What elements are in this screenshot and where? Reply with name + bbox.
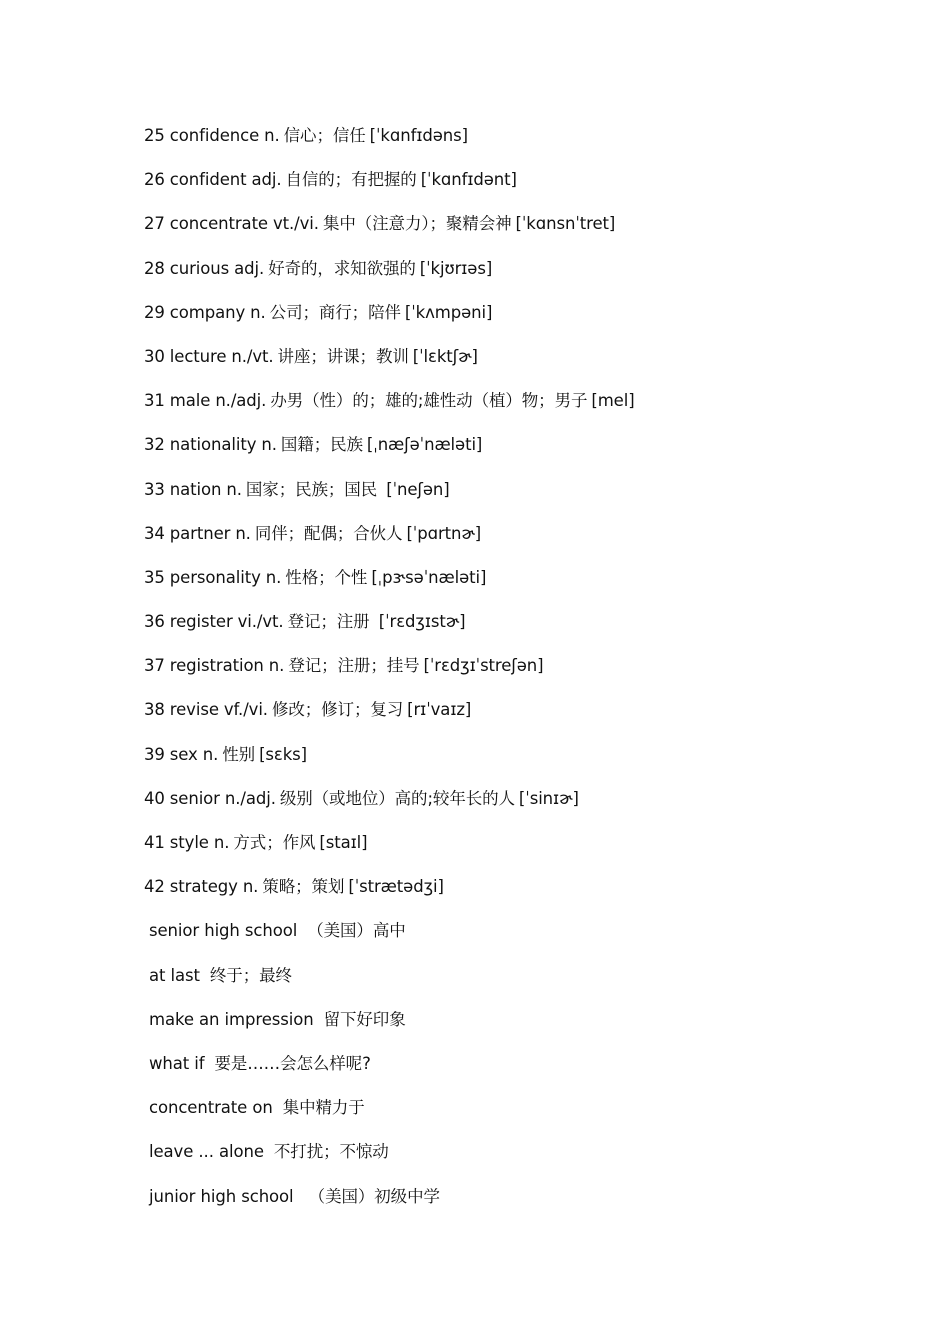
entry-number: 34 <box>144 524 165 543</box>
vocab-entry: 34partnern.同伴；配偶；合伙人[ˈpɑrtnɚ] <box>144 522 635 566</box>
entry-word: personality <box>170 568 261 587</box>
phrase-english: concentrate on <box>149 1098 273 1117</box>
part-of-speech: n. <box>264 126 280 145</box>
chinese-meaning: 好奇的，求知欲强的 <box>268 259 416 278</box>
entry-word: concentrate <box>170 214 268 233</box>
entry-word: revise <box>170 700 219 719</box>
chinese-meaning: 登记；注册；挂号 <box>288 656 419 675</box>
vocab-entry: 37registrationn.登记；注册；挂号[ˈrɛdʒɪˈstreʃən] <box>144 654 635 698</box>
entry-number: 27 <box>144 214 165 233</box>
part-of-speech: vt./vi. <box>273 214 319 233</box>
entry-word: partner <box>170 524 231 543</box>
entry-number: 40 <box>144 789 165 808</box>
entry-word: senior <box>170 789 220 808</box>
entry-number: 36 <box>144 612 165 631</box>
part-of-speech: n. <box>235 524 251 543</box>
entry-number: 30 <box>144 347 165 366</box>
chinese-meaning: 登记；注册 <box>288 612 375 631</box>
part-of-speech: n. <box>214 833 230 852</box>
phonetic: [ˈsinɪɚ] <box>519 789 579 808</box>
part-of-speech: n. <box>243 877 259 896</box>
chinese-meaning: 性别 <box>222 745 255 764</box>
chinese-meaning: 策略；策划 <box>262 877 344 896</box>
entry-number: 37 <box>144 656 165 675</box>
entry-number: 33 <box>144 480 165 499</box>
phonetic: [ˈkɑnsnˈtret] <box>516 214 616 233</box>
phonetic: [ˈrɛdʒɪstɚ] <box>379 612 466 631</box>
vocab-entry: 40seniorn./adj.级别（或地位）高的;较年长的人[ˈsinɪɚ] <box>144 787 635 831</box>
phrase-entry: what if要是……会怎么样呢? <box>144 1052 635 1096</box>
part-of-speech: adj. <box>251 170 281 189</box>
phonetic: [sɛks] <box>259 745 307 764</box>
phrase-entry: make an impression留下好印象 <box>144 1008 635 1052</box>
vocabulary-list: 25confidencen.信心；信任[ˈkɑnfɪdəns] 26confid… <box>144 124 635 1229</box>
entry-number: 39 <box>144 745 165 764</box>
phonetic: [ˈneʃən] <box>386 480 449 499</box>
phrase-english: leave ... alone <box>149 1142 264 1161</box>
phrase-english: senior high school <box>149 921 297 940</box>
phonetic: [ˈkɑnfɪdənt] <box>421 170 517 189</box>
entry-word: nationality <box>170 435 257 454</box>
entry-word: register <box>170 612 233 631</box>
entry-number: 29 <box>144 303 165 322</box>
entry-word: confident <box>170 170 247 189</box>
vocab-entry: 29companyn.公司；商行；陪伴[ˈkʌmpəni] <box>144 301 635 345</box>
vocab-entry: 39sexn.性别[sɛks] <box>144 743 635 787</box>
phrase-chinese: 留下好印象 <box>324 1010 406 1029</box>
vocab-entry: 42strategyn.策略；策划[ˈstrætədʒi] <box>144 875 635 919</box>
phonetic: [ˈlɛktʃɚ] <box>413 347 478 366</box>
phonetic: [staɪl] <box>319 833 367 852</box>
entry-word: nation <box>170 480 222 499</box>
phonetic: [ˌpɝsəˈnæləti] <box>371 568 486 587</box>
phonetic: [rɪˈvaɪz] <box>407 700 471 719</box>
phrase-chinese: （美国）高中 <box>307 921 405 940</box>
entry-number: 28 <box>144 259 165 278</box>
phonetic: [ˈstrætədʒi] <box>348 877 443 896</box>
phonetic: [ˈkʌmpəni] <box>405 303 492 322</box>
chinese-meaning: 自信的；有把握的 <box>285 170 416 189</box>
entry-word: registration <box>170 656 264 675</box>
entry-word: curious <box>170 259 229 278</box>
entry-number: 31 <box>144 391 165 410</box>
phrase-english: what if <box>149 1054 204 1073</box>
chinese-meaning: 国家；民族；国民 <box>246 480 382 499</box>
vocab-entry: 38revisevf./vi.修改；修订；复习[rɪˈvaɪz] <box>144 698 635 742</box>
phrase-english: at last <box>149 966 200 985</box>
chinese-meaning: 同伴；配偶；合伙人 <box>255 524 403 543</box>
vocab-entry: 35personalityn.性格；个性[ˌpɝsəˈnæləti] <box>144 566 635 610</box>
document-page: 25confidencen.信心；信任[ˈkɑnfɪdəns] 26confid… <box>0 0 950 1344</box>
phrase-entry: junior high school （美国）初级中学 <box>144 1185 635 1229</box>
part-of-speech: n. <box>269 656 285 675</box>
entry-word: strategy <box>170 877 238 896</box>
phrase-entry: senior high school（美国）高中 <box>144 919 635 963</box>
vocab-entry: 25confidencen.信心；信任[ˈkɑnfɪdəns] <box>144 124 635 168</box>
chinese-meaning: 公司；商行；陪伴 <box>270 303 401 322</box>
entry-word: lecture <box>170 347 227 366</box>
phrase-english: junior high school <box>149 1187 299 1206</box>
entry-number: 41 <box>144 833 165 852</box>
phrase-chinese: （美国）初级中学 <box>309 1187 440 1206</box>
phonetic: [ˈrɛdʒɪˈstreʃən] <box>424 656 544 675</box>
part-of-speech: vf./vi. <box>224 700 268 719</box>
vocab-entry: 27concentratevt./vi.集中（注意力）；聚精会神[ˈkɑnsnˈ… <box>144 212 635 256</box>
entry-word: company <box>170 303 245 322</box>
phonetic: [ˈkɑnfɪdəns] <box>370 126 468 145</box>
entry-number: 32 <box>144 435 165 454</box>
phrase-chinese: 要是……会怎么样呢? <box>214 1054 370 1073</box>
part-of-speech: n./adj. <box>215 391 266 410</box>
phrase-entry: concentrate on集中精力于 <box>144 1096 635 1140</box>
phonetic: [ˈkjʊrɪəs] <box>420 259 492 278</box>
entry-word: sex <box>170 745 198 764</box>
part-of-speech: n. <box>266 568 282 587</box>
part-of-speech: n. <box>250 303 266 322</box>
phrase-entry: leave ... alone不打扰；不惊动 <box>144 1140 635 1184</box>
chinese-meaning: 修改；修订；复习 <box>272 700 403 719</box>
vocab-entry: 32nationalityn.国籍；民族[ˌnæʃəˈnæləti] <box>144 433 635 477</box>
part-of-speech: n. <box>203 745 219 764</box>
chinese-meaning: 办男（性）的；雄的;雄性动（植）物；男子 <box>270 391 587 410</box>
chinese-meaning: 国籍；民族 <box>281 435 363 454</box>
vocab-entry: 36registervi./vt.登记；注册 [ˈrɛdʒɪstɚ] <box>144 610 635 654</box>
chinese-meaning: 信心；信任 <box>284 126 366 145</box>
part-of-speech: n. <box>226 480 242 499</box>
entry-word: confidence <box>170 126 259 145</box>
part-of-speech: adj. <box>234 259 264 278</box>
chinese-meaning: 讲座；讲课；教训 <box>278 347 409 366</box>
entry-word: style <box>170 833 209 852</box>
phonetic: [mel] <box>591 391 634 410</box>
phonetic: [ˌnæʃəˈnæləti] <box>367 435 482 454</box>
phrase-english: make an impression <box>149 1010 314 1029</box>
entry-number: 38 <box>144 700 165 719</box>
vocab-entry: 28curiousadj.好奇的，求知欲强的[ˈkjʊrɪəs] <box>144 257 635 301</box>
part-of-speech: n./vt. <box>231 347 273 366</box>
vocab-entry: 33nationn.国家；民族；国民 [ˈneʃən] <box>144 478 635 522</box>
part-of-speech: n./adj. <box>225 789 276 808</box>
phrase-entry: at last终于；最终 <box>144 964 635 1008</box>
vocab-entry: 31malen./adj.办男（性）的；雄的;雄性动（植）物；男子[mel] <box>144 389 635 433</box>
phrase-chinese: 不打扰；不惊动 <box>274 1142 389 1161</box>
phrase-chinese: 集中精力于 <box>283 1098 365 1117</box>
vocab-entry: 30lecturen./vt.讲座；讲课；教训[ˈlɛktʃɚ] <box>144 345 635 389</box>
entry-number: 25 <box>144 126 165 145</box>
vocab-entry: 41stylen.方式；作风[staɪl] <box>144 831 635 875</box>
entry-number: 42 <box>144 877 165 896</box>
entry-number: 26 <box>144 170 165 189</box>
part-of-speech: n. <box>261 435 277 454</box>
chinese-meaning: 集中（注意力）；聚精会神 <box>323 214 512 233</box>
chinese-meaning: 性格；个性 <box>285 568 367 587</box>
chinese-meaning: 方式；作风 <box>233 833 315 852</box>
chinese-meaning: 级别（或地位）高的;较年长的人 <box>280 789 515 808</box>
vocab-entry: 26confidentadj.自信的；有把握的[ˈkɑnfɪdənt] <box>144 168 635 212</box>
part-of-speech: vi./vt. <box>238 612 284 631</box>
phrase-chinese: 终于；最终 <box>210 966 292 985</box>
phonetic: [ˈpɑrtnɚ] <box>406 524 481 543</box>
entry-word: male <box>170 391 211 410</box>
entry-number: 35 <box>144 568 165 587</box>
